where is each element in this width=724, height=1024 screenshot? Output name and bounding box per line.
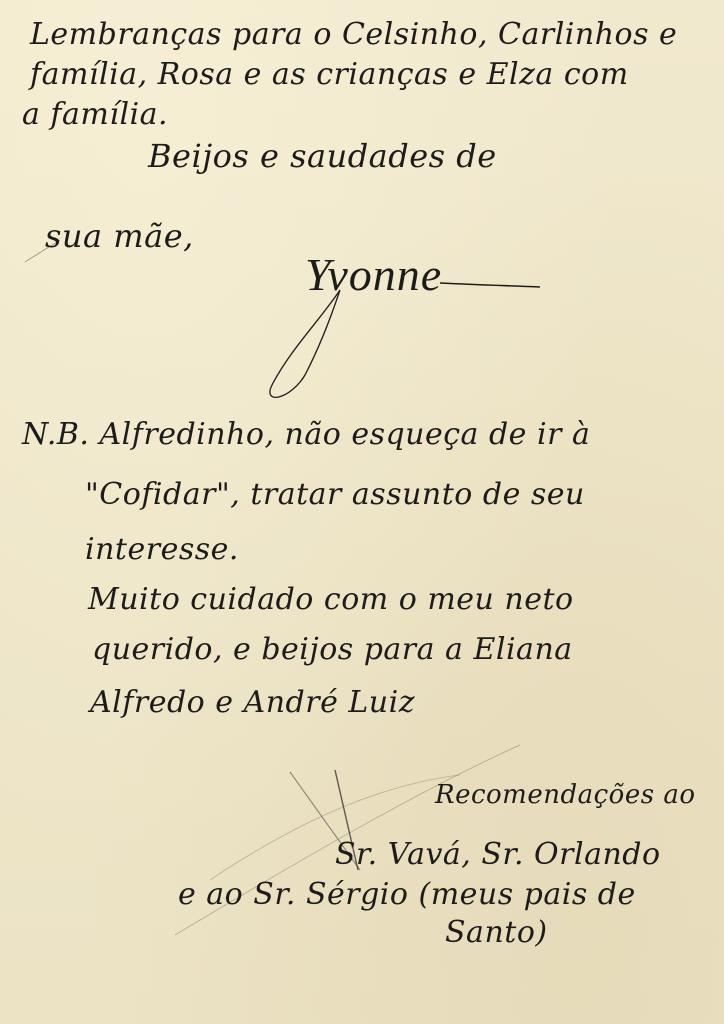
closing-line-1: Lembranças para o Celsinho, Carlinhos e (30, 20, 677, 50)
postscript-line-5: querido, e beijos para a Eliana (92, 635, 573, 665)
closing-line-3: a família. (22, 100, 168, 130)
closing-line-2: família, Rosa e as crianças e Elza com (30, 60, 629, 90)
recommendations-line-2: Sr. Vavá, Sr. Orlando (335, 840, 661, 870)
postscript-line-4: Muito cuidado com o meu neto (88, 585, 574, 615)
letter-page: Lembranças para o Celsinho, Carlinhos e … (0, 0, 724, 1024)
postscript-line-1: N.B. Alfredinho, não esqueça de ir à (22, 420, 590, 450)
recommendations-line-4: Santo) (445, 918, 548, 948)
recommendations-line-3: e ao Sr. Sérgio (meus pais de (178, 880, 636, 910)
signature: Yvonne (305, 252, 442, 298)
postscript-line-3: interesse. (85, 535, 239, 565)
postscript-line-2: "Cofidar", tratar assunto de seu (85, 480, 585, 510)
farewell-line-1: Beijos e saudades de (148, 140, 497, 172)
farewell-line-2: sua mãe, (45, 220, 194, 252)
postscript-line-6: Alfredo e André Luiz (90, 688, 415, 718)
recommendations-line-1: Recomendações ao (435, 782, 695, 808)
